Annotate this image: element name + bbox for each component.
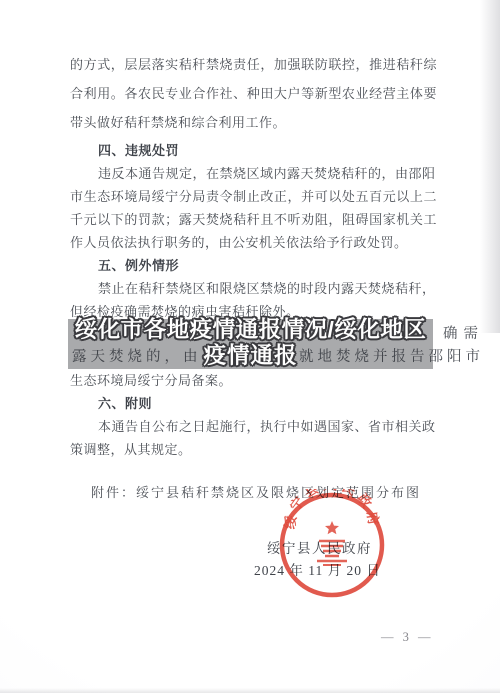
- overlay-title-line1: 绥化市各地疫情通报情况/绥化地区: [68, 316, 433, 343]
- overlay-title: 绥化市各地疫情通报情况/绥化地区 疫情通报: [68, 316, 433, 369]
- document-page: 的方式，层层落实秸秆禁烧责任，加强联防联控，推进秸秆综 合利用。各农民专业合作社…: [0, 0, 500, 693]
- page-number: — 3 —: [381, 630, 434, 645]
- body-line: 禁止在秸秆禁烧区和限烧区禁烧的时段内露天焚烧秸秆，: [70, 277, 437, 300]
- section-heading-6: 六、附则: [70, 392, 437, 415]
- body-line: 违反本通告规定，在禁烧区域内露天焚烧秸秆的，由邵阳: [70, 162, 437, 185]
- body-line: 千元以下的罚款；露天焚烧秸秆且不听劝阻，阻碍国家机关工: [70, 208, 437, 231]
- body-line: 策调整，从其规定。: [70, 438, 437, 461]
- body-line: 生态环境局绥宁分局备案。: [70, 369, 437, 392]
- scan-edge-shadow: [480, 0, 500, 333]
- overlay-banner-region: 确需 露天焚烧的，由乡（ 织就地焚烧并报告邵阳市 绥化市各地疫情通报情况/绥化地…: [70, 319, 437, 369]
- official-seal-icon: 绥宁县人民政府: [276, 489, 388, 601]
- overlay-title-line2: 疫情通报: [68, 343, 433, 369]
- body-line: 带头做好秸秆禁烧和综合利用工作。: [70, 108, 437, 137]
- section-heading-4: 四、违规处罚: [70, 139, 437, 162]
- section-heading-5: 五、例外情形: [70, 254, 437, 277]
- body-line: 市生态环境局绥宁分局责令制止改正，并可以处五百元以上二: [70, 185, 437, 208]
- document-body: 的方式，层层落实秸秆禁烧责任，加强联防联控，推进秸秆综 合利用。各农民专业合作社…: [70, 50, 437, 503]
- national-emblem-icon: [317, 521, 347, 565]
- body-line: 本通告自公布之日起施行，执行中如遇国家、省市相关政: [70, 415, 437, 438]
- scan-edge-shadow: [0, 688, 500, 693]
- body-line: 作人员依法执行职务的，由公安机关依法给予行政处罚。: [70, 231, 437, 254]
- body-line: 的方式，层层落实秸秆禁烧责任，加强联防联控，推进秸秆综: [70, 50, 437, 79]
- body-line: 合利用。各农民专业合作社、种田大户等新型农业经营主体要: [70, 79, 437, 108]
